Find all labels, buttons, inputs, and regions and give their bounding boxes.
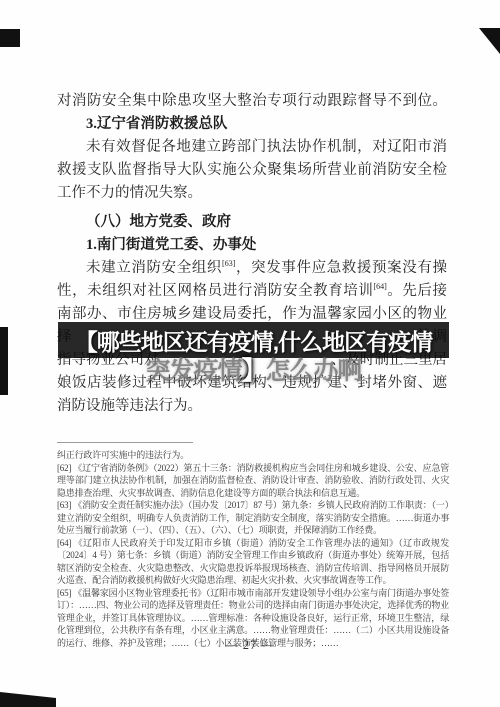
body-line: 工作不力的情况失察。 [57, 182, 447, 205]
body-line: 性，未组织对社区网格员进行消防安全教育培训[64]。先后接受 [57, 280, 447, 303]
scan-artifact-left-bar [0, 327, 8, 395]
footnote-continuation: 纠正行政许可实施中的违法行为。 [57, 449, 449, 462]
caption-closing-bracket: 】 [241, 351, 265, 387]
scan-artifact-top-left [0, 29, 20, 47]
scan-artifact-top-right [479, 28, 500, 54]
footnote-ref-63: [63] [222, 259, 235, 268]
page-number: — 27 — [0, 638, 500, 653]
footnote-63: [63] 《消防安全责任制实施办法》（国办发〔2017〕87 号）第九条：乡镇人… [57, 499, 449, 537]
body-line: 未建立消防安全组织[63]，突发事件应急救援预案没有操作 [57, 257, 447, 280]
caption-subtitle-suffix: 怎么办啊 [266, 351, 362, 387]
footnote-separator [57, 442, 193, 443]
body-text: 未建立消防安全组织 [86, 260, 222, 276]
scan-artifact-bottom-left [0, 692, 56, 707]
heading-liaoning-brigade: 3.辽宁省消防救援总队 [57, 113, 447, 136]
body-text: 性，未组织对社区网格员进行消防安全教育培训 [57, 283, 373, 299]
footnotes-block: 纠正行政许可实施中的违法行为。 [62] 《辽宁省消防条例》（2022）第五十三… [57, 449, 449, 649]
heading-section-eight: （八）地方党委、政府 [57, 211, 447, 234]
body-line: 消防设施等违法行为。 [57, 395, 447, 418]
footnote-62: [62] 《辽宁省消防条例》（2022）第五十三条：消防救援机构应当会同住房和城… [57, 462, 449, 500]
heading-nanmen-subdistrict: 1.南门街道党工委、办事处 [57, 234, 447, 257]
footnote-ref-64: [64] [373, 282, 386, 291]
caption-subtitle-prefix: 突发疫情 [145, 351, 241, 387]
body-line: 未有效督促各地建立跨部门执法协作机制，对辽阳市消防 [57, 136, 447, 159]
document-page: 对消防安全集中除患攻坚大整治专项行动跟踪督导不到位。 3.辽宁省消防救援总队 未… [0, 0, 500, 707]
body-line: 对消防安全集中除患攻坚大整治专项行动跟踪督导不到位。 [57, 90, 447, 113]
body-line: 救援支队监督指导大队实施公众聚集场所营业前消防安全检查 [57, 159, 447, 182]
footnote-64: [64] 《辽阳市人民政府关于印发辽阳市乡镇（街道）消防安全工作管理办法的通知》… [57, 537, 449, 587]
caption-overlay-subtitle: 突发疫情】怎么办啊 [58, 352, 449, 386]
